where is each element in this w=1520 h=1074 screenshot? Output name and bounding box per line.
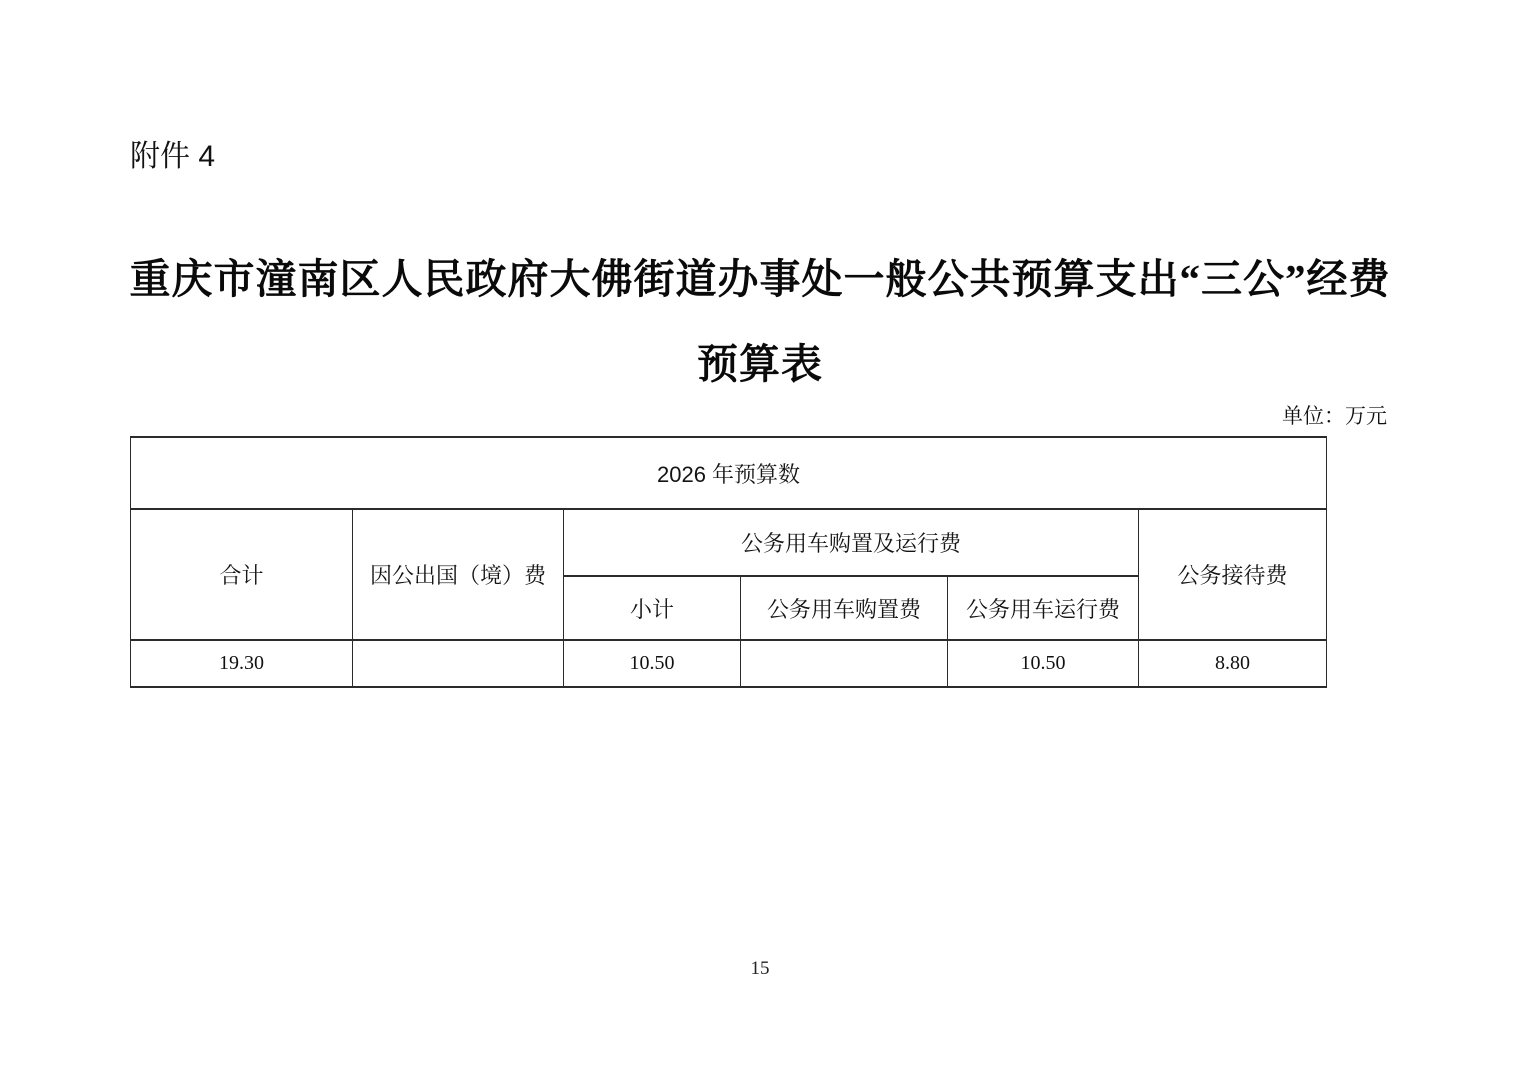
header-vehicle-purchase-cell: 公务用车购置费	[741, 576, 948, 640]
value-vehicle-purchase-cell	[741, 640, 948, 687]
document-title-line-1: 重庆市潼南区人民政府大佛街道办事处一般公共预算支出“三公”经费	[65, 250, 1455, 308]
year-header-cell: 2026 年预算数	[131, 437, 1327, 509]
value-overseas-travel-cell	[353, 640, 564, 687]
header-row-upper: 合计 因公出国（境）费 公务用车购置及运行费 公务接待费	[131, 509, 1327, 576]
document-title-line-2: 预算表	[65, 336, 1455, 392]
header-overseas-travel-cell: 因公出国（境）费	[353, 509, 564, 640]
header-official-reception-cell: 公务接待费	[1139, 509, 1327, 640]
budget-table: 2026 年预算数 合计 因公出国（境）费 公务用车购置及运行费 公务接待费 小…	[130, 436, 1327, 688]
attachment-label: 附件 4	[130, 138, 215, 176]
header-vehicle-group-cell: 公务用车购置及运行费	[564, 509, 1139, 576]
document-title: 重庆市潼南区人民政府大佛街道办事处一般公共预算支出“三公”经费 预算表	[65, 250, 1455, 392]
header-vehicle-subtotal-cell: 小计	[564, 576, 741, 640]
value-vehicle-subtotal-cell: 10.50	[564, 640, 741, 687]
value-vehicle-operation-cell: 10.50	[948, 640, 1139, 687]
value-official-reception-cell: 8.80	[1139, 640, 1327, 687]
page-number: 15	[0, 958, 1520, 980]
value-total-cell: 19.30	[131, 640, 353, 687]
header-vehicle-operation-cell: 公务用车运行费	[948, 576, 1139, 640]
header-total-cell: 合计	[131, 509, 353, 640]
data-row: 19.30 10.50 10.50 8.80	[131, 640, 1327, 687]
unit-label: 单位：万元	[1282, 402, 1387, 430]
year-header-row: 2026 年预算数	[131, 437, 1327, 509]
document-page: 附件 4 重庆市潼南区人民政府大佛街道办事处一般公共预算支出“三公”经费 预算表…	[0, 0, 1520, 1074]
